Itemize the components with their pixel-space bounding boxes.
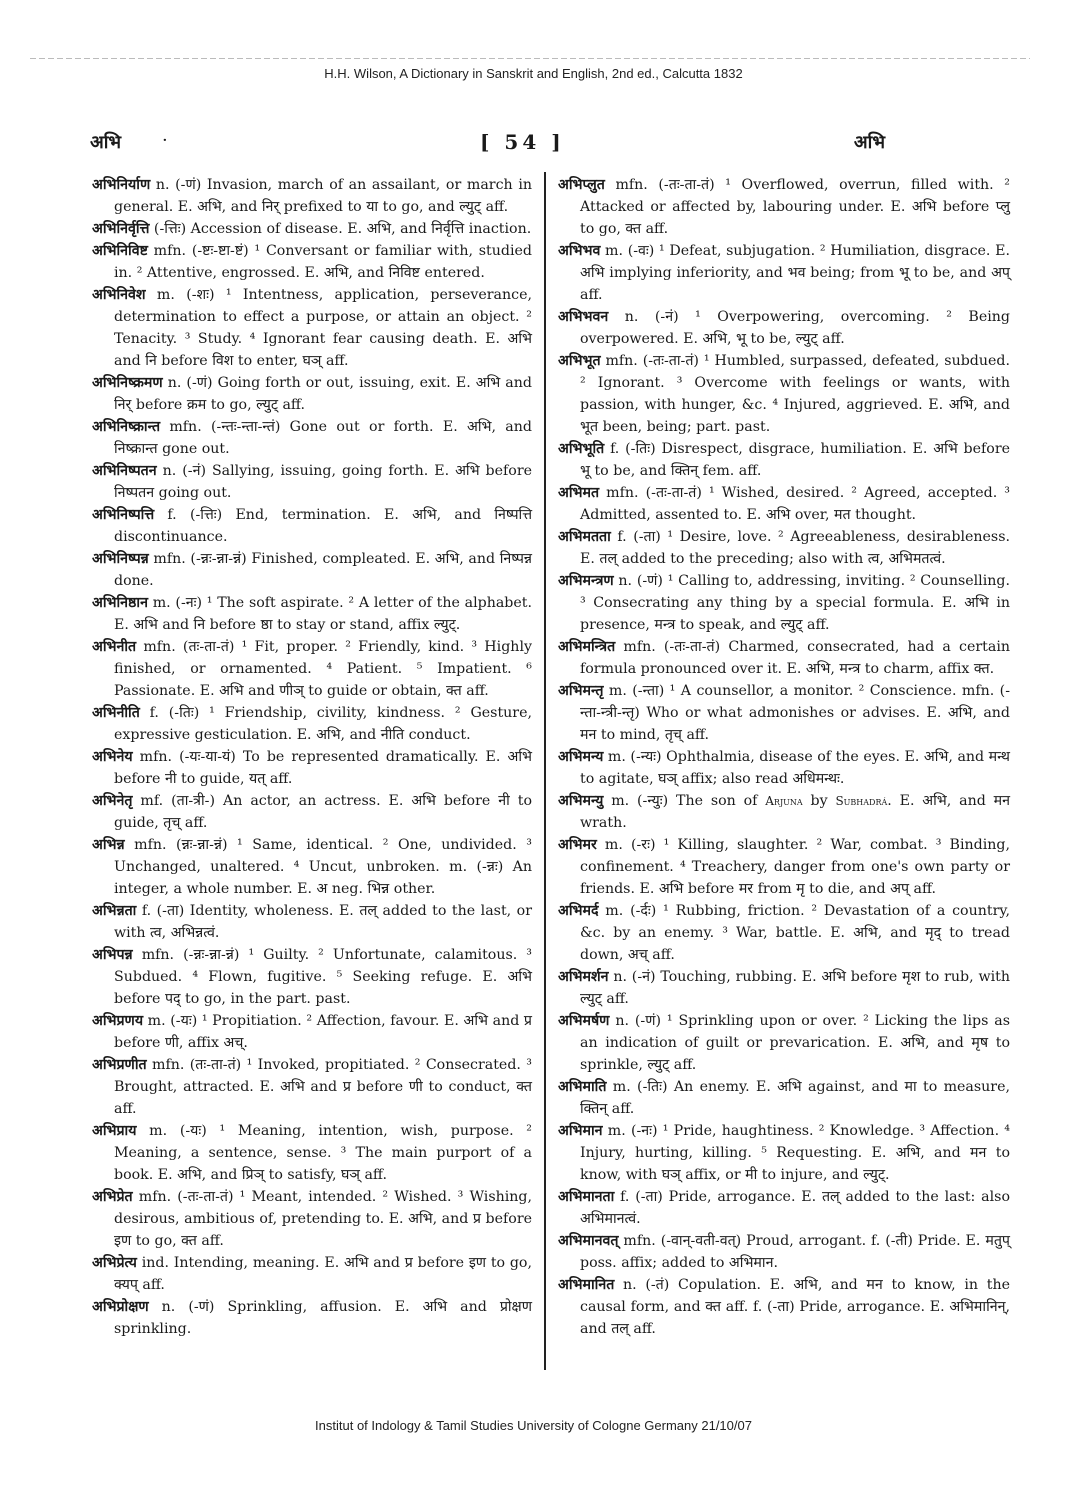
entry-definition: n. (-णं) Sprinkling, affusion. E. अभि an… bbox=[114, 1299, 532, 1337]
dictionary-entry: अभिमर m. (-रः) ¹ Killing, slaughter. ² W… bbox=[558, 834, 1010, 900]
entry-definition: f. (-त्तिः) End, termination. E. अभि, an… bbox=[114, 507, 532, 545]
entry-headword: अभिमानित bbox=[558, 1277, 614, 1293]
entry-headword: अभिनिविष्ट bbox=[92, 243, 148, 259]
entry-definition: f. (-ता) Pride, arrogance. E. तल् added … bbox=[580, 1189, 1010, 1227]
dictionary-entry: अभिभव m. (-वः) ¹ Defeat, subjugation. ² … bbox=[558, 240, 1010, 306]
entry-headword: अभिनिवेश bbox=[92, 287, 146, 303]
entry-headword: अभिमतता bbox=[558, 529, 611, 545]
dictionary-entry: अभिप्रोक्षण n. (-णं) Sprinkling, affusio… bbox=[92, 1296, 532, 1340]
entry-definition: n. (-णं) Invasion, march of an assailant… bbox=[114, 177, 532, 215]
entry-definition: n. (-नं) Sallying, issuing, going forth.… bbox=[114, 463, 532, 501]
entry-headword: अभिनीत bbox=[92, 639, 136, 655]
entry-headword: अभिप्रणय bbox=[92, 1013, 143, 1029]
entry-headword: अभिमन्य bbox=[558, 749, 603, 765]
dictionary-entry: अभिनीत mfn. (तः-ता-तं) ¹ Fit, proper. ² … bbox=[92, 636, 532, 702]
entry-definition: m. (-शः) ¹ Intentness, application, pers… bbox=[114, 287, 532, 369]
entry-definition: mfn. (तः-ता-तं) ¹ Invoked, propitiated. … bbox=[114, 1057, 532, 1117]
entry-definition: n. (-नं) Touching, rubbing. E. अभि befor… bbox=[580, 969, 1010, 1007]
dictionary-entry: अभिनिष्पत्ति f. (-त्तिः) End, terminatio… bbox=[92, 504, 532, 548]
running-head-left: अभि bbox=[90, 130, 121, 154]
entry-definition: ind. Intending, meaning. E. अभि and प्र … bbox=[114, 1255, 532, 1293]
entry-definition: f. (-तिः) ¹ Friendship, civility, kindne… bbox=[114, 705, 532, 743]
entry-headword: अभिमर bbox=[558, 837, 597, 853]
entry-headword: अभिप्रणीत bbox=[92, 1057, 147, 1073]
dictionary-entry: अभिमन्य m. (-न्यः) Ophthalmia, disease o… bbox=[558, 746, 1010, 790]
dictionary-entry: अभिप्रेत mfn. (-तः-ता-तं) ¹ Meant, inten… bbox=[92, 1186, 532, 1252]
entry-headword: अभिमन्तृ bbox=[558, 683, 603, 699]
entry-headword: अभिभव bbox=[558, 243, 600, 259]
entry-headword: अभिनिष्क्रान्त bbox=[92, 419, 160, 435]
entry-headword: अभिभूति bbox=[558, 441, 604, 457]
entry-definition: mfn. (-ष्टः-ष्टा-ष्टं) ¹ Conversant or f… bbox=[114, 243, 532, 281]
dictionary-entry: अभिनिष्ठान m. (-नः) ¹ The soft aspirate.… bbox=[92, 592, 532, 636]
dictionary-entry: अभिमानता f. (-ता) Pride, arrogance. E. त… bbox=[558, 1186, 1010, 1230]
entry-definition: m. (-न्ता) ¹ A counsellor, a monitor. ² … bbox=[580, 683, 1010, 743]
proper-name: Subhadrá bbox=[835, 794, 887, 808]
dictionary-entry: अभिप्रणय m. (-यः) ¹ Propitiation. ² Affe… bbox=[92, 1010, 532, 1054]
entry-definition: mfn. (-वान्-वती-वत्) Proud, arrogant. f.… bbox=[580, 1233, 1010, 1271]
entry-headword: अभिमाति bbox=[558, 1079, 606, 1095]
entry-definition: m. (-नः) ¹ Pride, haughtiness. ² Knowled… bbox=[580, 1123, 1010, 1183]
entry-definition: mf. (ता-त्री-) An actor, an actress. E. … bbox=[114, 793, 532, 831]
entry-definition: n. (-तं) Copulation. E. अभि, and मन to k… bbox=[580, 1277, 1010, 1337]
entry-headword: अभिनिर्याण bbox=[92, 177, 150, 193]
dictionary-entry: अभिपन्न mfn. (-न्नः-न्ना-न्नं) ¹ Guilty.… bbox=[92, 944, 532, 1010]
dictionary-entry: अभिमन्त्रण n. (-णं) ¹ Calling to, addres… bbox=[558, 570, 1010, 636]
entry-definition: mfn. (न्नः-न्ना-न्नं) ¹ Same, identical.… bbox=[114, 837, 532, 897]
dictionary-entry: अभिमन्त्रित mfn. (-तः-ता-तं) Charmed, co… bbox=[558, 636, 1010, 680]
left-column: अभिनिर्याण n. (-णं) Invasion, march of a… bbox=[92, 174, 532, 1340]
entry-headword: अभिप्रेत्य bbox=[92, 1255, 137, 1271]
entry-definition: f. (-तिः) Disrespect, disgrace, humiliat… bbox=[580, 441, 1010, 479]
entry-headword: अभिप्रोक्षण bbox=[92, 1299, 149, 1315]
entry-definition: m. (-वः) ¹ Defeat, subjugation. ² Humili… bbox=[580, 243, 1010, 303]
dictionary-entry: अभिन्नता f. (-ता) Identity, wholeness. E… bbox=[92, 900, 532, 944]
entry-headword: अभिप्लुत bbox=[558, 177, 605, 193]
column-divider bbox=[544, 172, 546, 1370]
entry-definition: mfn. (-न्तः-न्ता-न्तं) Gone out or forth… bbox=[114, 419, 532, 457]
entry-definition: mfn. (-न्नः-न्ना-न्नं) ¹ Guilty. ² Unfor… bbox=[114, 947, 532, 1007]
entry-definition: m. (-रः) ¹ Killing, slaughter. ² War, co… bbox=[580, 837, 1010, 897]
entry-definition: n. (-णं) Going forth or out, issuing, ex… bbox=[114, 375, 532, 413]
entry-definition: m. (-यः) ¹ Meaning, intention, wish, pur… bbox=[114, 1123, 532, 1183]
entry-definition: m. (-र्दः) ¹ Rubbing, friction. ² Devast… bbox=[580, 903, 1010, 963]
entry-headword: अभिप्रेत bbox=[92, 1189, 133, 1205]
entry-definition: (-त्तिः) Accession of disease. E. अभि, a… bbox=[149, 221, 531, 237]
entry-definition: mfn. (-तः-ता-तं) ¹ Wished, desired. ² Ag… bbox=[580, 485, 1010, 523]
entry-definition: mfn. (-न्नः-न्ना-न्नं) Finished, complea… bbox=[114, 551, 532, 589]
dictionary-entry: अभिनिष्क्रान्त mfn. (-न्तः-न्ता-न्तं) Go… bbox=[92, 416, 532, 460]
entry-headword: अभिप्राय bbox=[92, 1123, 136, 1139]
entry-definition: m. (-नः) ¹ The soft aspirate. ² A letter… bbox=[114, 595, 532, 633]
dictionary-entry: अभिनिष्पन्न mfn. (-न्नः-न्ना-न्नं) Finis… bbox=[92, 548, 532, 592]
dictionary-entry: अभिमत mfn. (-तः-ता-तं) ¹ Wished, desired… bbox=[558, 482, 1010, 526]
entry-definition: mfn. (-तः-ता-तं) ¹ Humbled, surpassed, d… bbox=[580, 353, 1010, 435]
entry-headword: अभिनिष्ठान bbox=[92, 595, 148, 611]
entry-definition-cont: by bbox=[803, 793, 836, 809]
entry-headword: अभिनिष्पतन bbox=[92, 463, 157, 479]
entry-headword: अभिनेय bbox=[92, 749, 133, 765]
dictionary-entry: अभिभूति f. (-तिः) Disrespect, disgrace, … bbox=[558, 438, 1010, 482]
dictionary-entry: अभिमानवत् mfn. (-वान्-वती-वत्) Proud, ar… bbox=[558, 1230, 1010, 1274]
entry-definition: f. (-ता) Identity, wholeness. E. तल् add… bbox=[114, 903, 532, 941]
entry-headword: अभिभवन bbox=[558, 309, 608, 325]
dictionary-entry: अभिमान m. (-नः) ¹ Pride, haughtiness. ² … bbox=[558, 1120, 1010, 1186]
dictionary-entry: अभिमर्षण n. (-णं) ¹ Sprinkling upon or o… bbox=[558, 1010, 1010, 1076]
dictionary-entry: अभिनिष्क्रमण n. (-णं) Going forth or out… bbox=[92, 372, 532, 416]
entry-headword: अभिमान bbox=[558, 1123, 603, 1139]
entry-definition: mfn. (तः-ता-तं) ¹ Fit, proper. ² Friendl… bbox=[114, 639, 532, 699]
dictionary-entry: अभिभवन n. (-नं) ¹ Overpowering, overcomi… bbox=[558, 306, 1010, 350]
dictionary-entry: अभिनिर्याण n. (-णं) Invasion, march of a… bbox=[92, 174, 532, 218]
entry-headword: अभिनेतृ bbox=[92, 793, 132, 809]
entry-headword: अभिन्नता bbox=[92, 903, 136, 919]
running-head-dot: · bbox=[162, 130, 168, 151]
dictionary-entry: अभिनेतृ mf. (ता-त्री-) An actor, an actr… bbox=[92, 790, 532, 834]
dictionary-entry: अभिप्राय m. (-यः) ¹ Meaning, intention, … bbox=[92, 1120, 532, 1186]
dictionary-entry: अभिन्न mfn. (न्नः-न्ना-न्नं) ¹ Same, ide… bbox=[92, 834, 532, 900]
dictionary-entry: अभिमर्द m. (-र्दः) ¹ Rubbing, friction. … bbox=[558, 900, 1010, 966]
dictionary-entry: अभिमर्शन n. (-नं) Touching, rubbing. E. … bbox=[558, 966, 1010, 1010]
entry-headword: अभिनिष्पन्न bbox=[92, 551, 149, 567]
dictionary-entry: अभिनिष्पतन n. (-नं) Sallying, issuing, g… bbox=[92, 460, 532, 504]
entry-definition: f. (-ता) ¹ Desire, love. ² Agreeableness… bbox=[580, 529, 1010, 567]
dictionary-entry: अभिमानित n. (-तं) Copulation. E. अभि, an… bbox=[558, 1274, 1010, 1340]
entry-headword: अभिमर्द bbox=[558, 903, 599, 919]
entry-headword: अभिमन्त्रित bbox=[558, 639, 615, 655]
entry-headword: अभिमत bbox=[558, 485, 599, 501]
entry-definition: mfn. (-तः-ता-तं) ¹ Overflowed, overrun, … bbox=[580, 177, 1010, 237]
entry-headword: अभिमर्शन bbox=[558, 969, 609, 985]
dictionary-entry: अभिभूत mfn. (-तः-ता-तं) ¹ Humbled, surpa… bbox=[558, 350, 1010, 438]
dictionary-entry: अभिनिर्वृत्ति (-त्तिः) Accession of dise… bbox=[92, 218, 532, 240]
dictionary-entry: अभिनिविष्ट mfn. (-ष्टः-ष्टा-ष्टं) ¹ Conv… bbox=[92, 240, 532, 284]
scan-footer: Institut of Indology & Tamil Studies Uni… bbox=[0, 1418, 1067, 1433]
dictionary-entry: अभिप्रेत्य ind. Intending, meaning. E. अ… bbox=[92, 1252, 532, 1296]
entry-definition: n. (-णं) ¹ Calling to, addressing, invit… bbox=[580, 573, 1010, 633]
dictionary-entry: अभिनेय mfn. (-यः-या-यं) To be represente… bbox=[92, 746, 532, 790]
entry-headword: अभिनिर्वृत्ति bbox=[92, 221, 149, 237]
entry-headword: अभिमर्षण bbox=[558, 1013, 609, 1029]
entry-definition: mfn. (-तः-ता-तं) ¹ Meant, intended. ² Wi… bbox=[114, 1189, 532, 1249]
running-head: अभि · [ 54 ] अभि bbox=[85, 130, 1020, 160]
entry-definition: m. (-न्युः) The son of bbox=[603, 793, 765, 809]
entry-headword: अभिनिष्क्रमण bbox=[92, 375, 163, 391]
entry-headword: अभिन्न bbox=[92, 837, 125, 853]
proper-name: Arjuna bbox=[765, 794, 802, 808]
entry-headword: अभिमानवत् bbox=[558, 1233, 619, 1249]
running-head-right: अभि bbox=[854, 130, 885, 154]
page-number: [ 54 ] bbox=[480, 130, 565, 154]
entry-definition: m. (-न्यः) Ophthalmia, disease of the ey… bbox=[580, 749, 1010, 787]
right-column: अभिप्लुत mfn. (-तः-ता-तं) ¹ Overflowed, … bbox=[558, 174, 1010, 1340]
entry-definition: mfn. (-तः-ता-तं) Charmed, consecrated, h… bbox=[580, 639, 1010, 677]
entry-definition: n. (-णं) ¹ Sprinkling upon or over. ² Li… bbox=[580, 1013, 1010, 1073]
dictionary-entry: अभिप्रणीत mfn. (तः-ता-तं) ¹ Invoked, pro… bbox=[92, 1054, 532, 1120]
entry-headword: अभिमानता bbox=[558, 1189, 614, 1205]
entry-headword: अभिमन्यु bbox=[558, 793, 603, 809]
dictionary-entry: अभिमाति m. (-तिः) An enemy. E. अभि again… bbox=[558, 1076, 1010, 1120]
scan-header: H.H. Wilson, A Dictionary in Sanskrit an… bbox=[0, 66, 1067, 81]
entry-definition: m. (-तिः) An enemy. E. अभि against, and … bbox=[580, 1079, 1010, 1117]
entry-headword: अभिभूत bbox=[558, 353, 601, 369]
scan-top-rule bbox=[30, 58, 1030, 59]
dictionary-entry: अभिनिवेश m. (-शः) ¹ Intentness, applicat… bbox=[92, 284, 532, 372]
entry-definition: mfn. (-यः-या-यं) To be represented drama… bbox=[114, 749, 532, 787]
entry-definition: n. (-नं) ¹ Overpowering, overcoming. ² B… bbox=[580, 309, 1010, 347]
dictionary-entry: अभिनीति f. (-तिः) ¹ Friendship, civility… bbox=[92, 702, 532, 746]
dictionary-entry: अभिप्लुत mfn. (-तः-ता-तं) ¹ Overflowed, … bbox=[558, 174, 1010, 240]
entry-headword: अभिपन्न bbox=[92, 947, 133, 963]
entry-headword: अभिनिष्पत्ति bbox=[92, 507, 154, 523]
dictionary-entry: अभिमन्यु m. (-न्युः) The son of Arjuna b… bbox=[558, 790, 1010, 834]
entry-definition: m. (-यः) ¹ Propitiation. ² Affection, fa… bbox=[114, 1013, 532, 1051]
entry-headword: अभिमन्त्रण bbox=[558, 573, 614, 589]
dictionary-entry: अभिमन्तृ m. (-न्ता) ¹ A counsellor, a mo… bbox=[558, 680, 1010, 746]
entry-headword: अभिनीति bbox=[92, 705, 140, 721]
dictionary-entry: अभिमतता f. (-ता) ¹ Desire, love. ² Agree… bbox=[558, 526, 1010, 570]
